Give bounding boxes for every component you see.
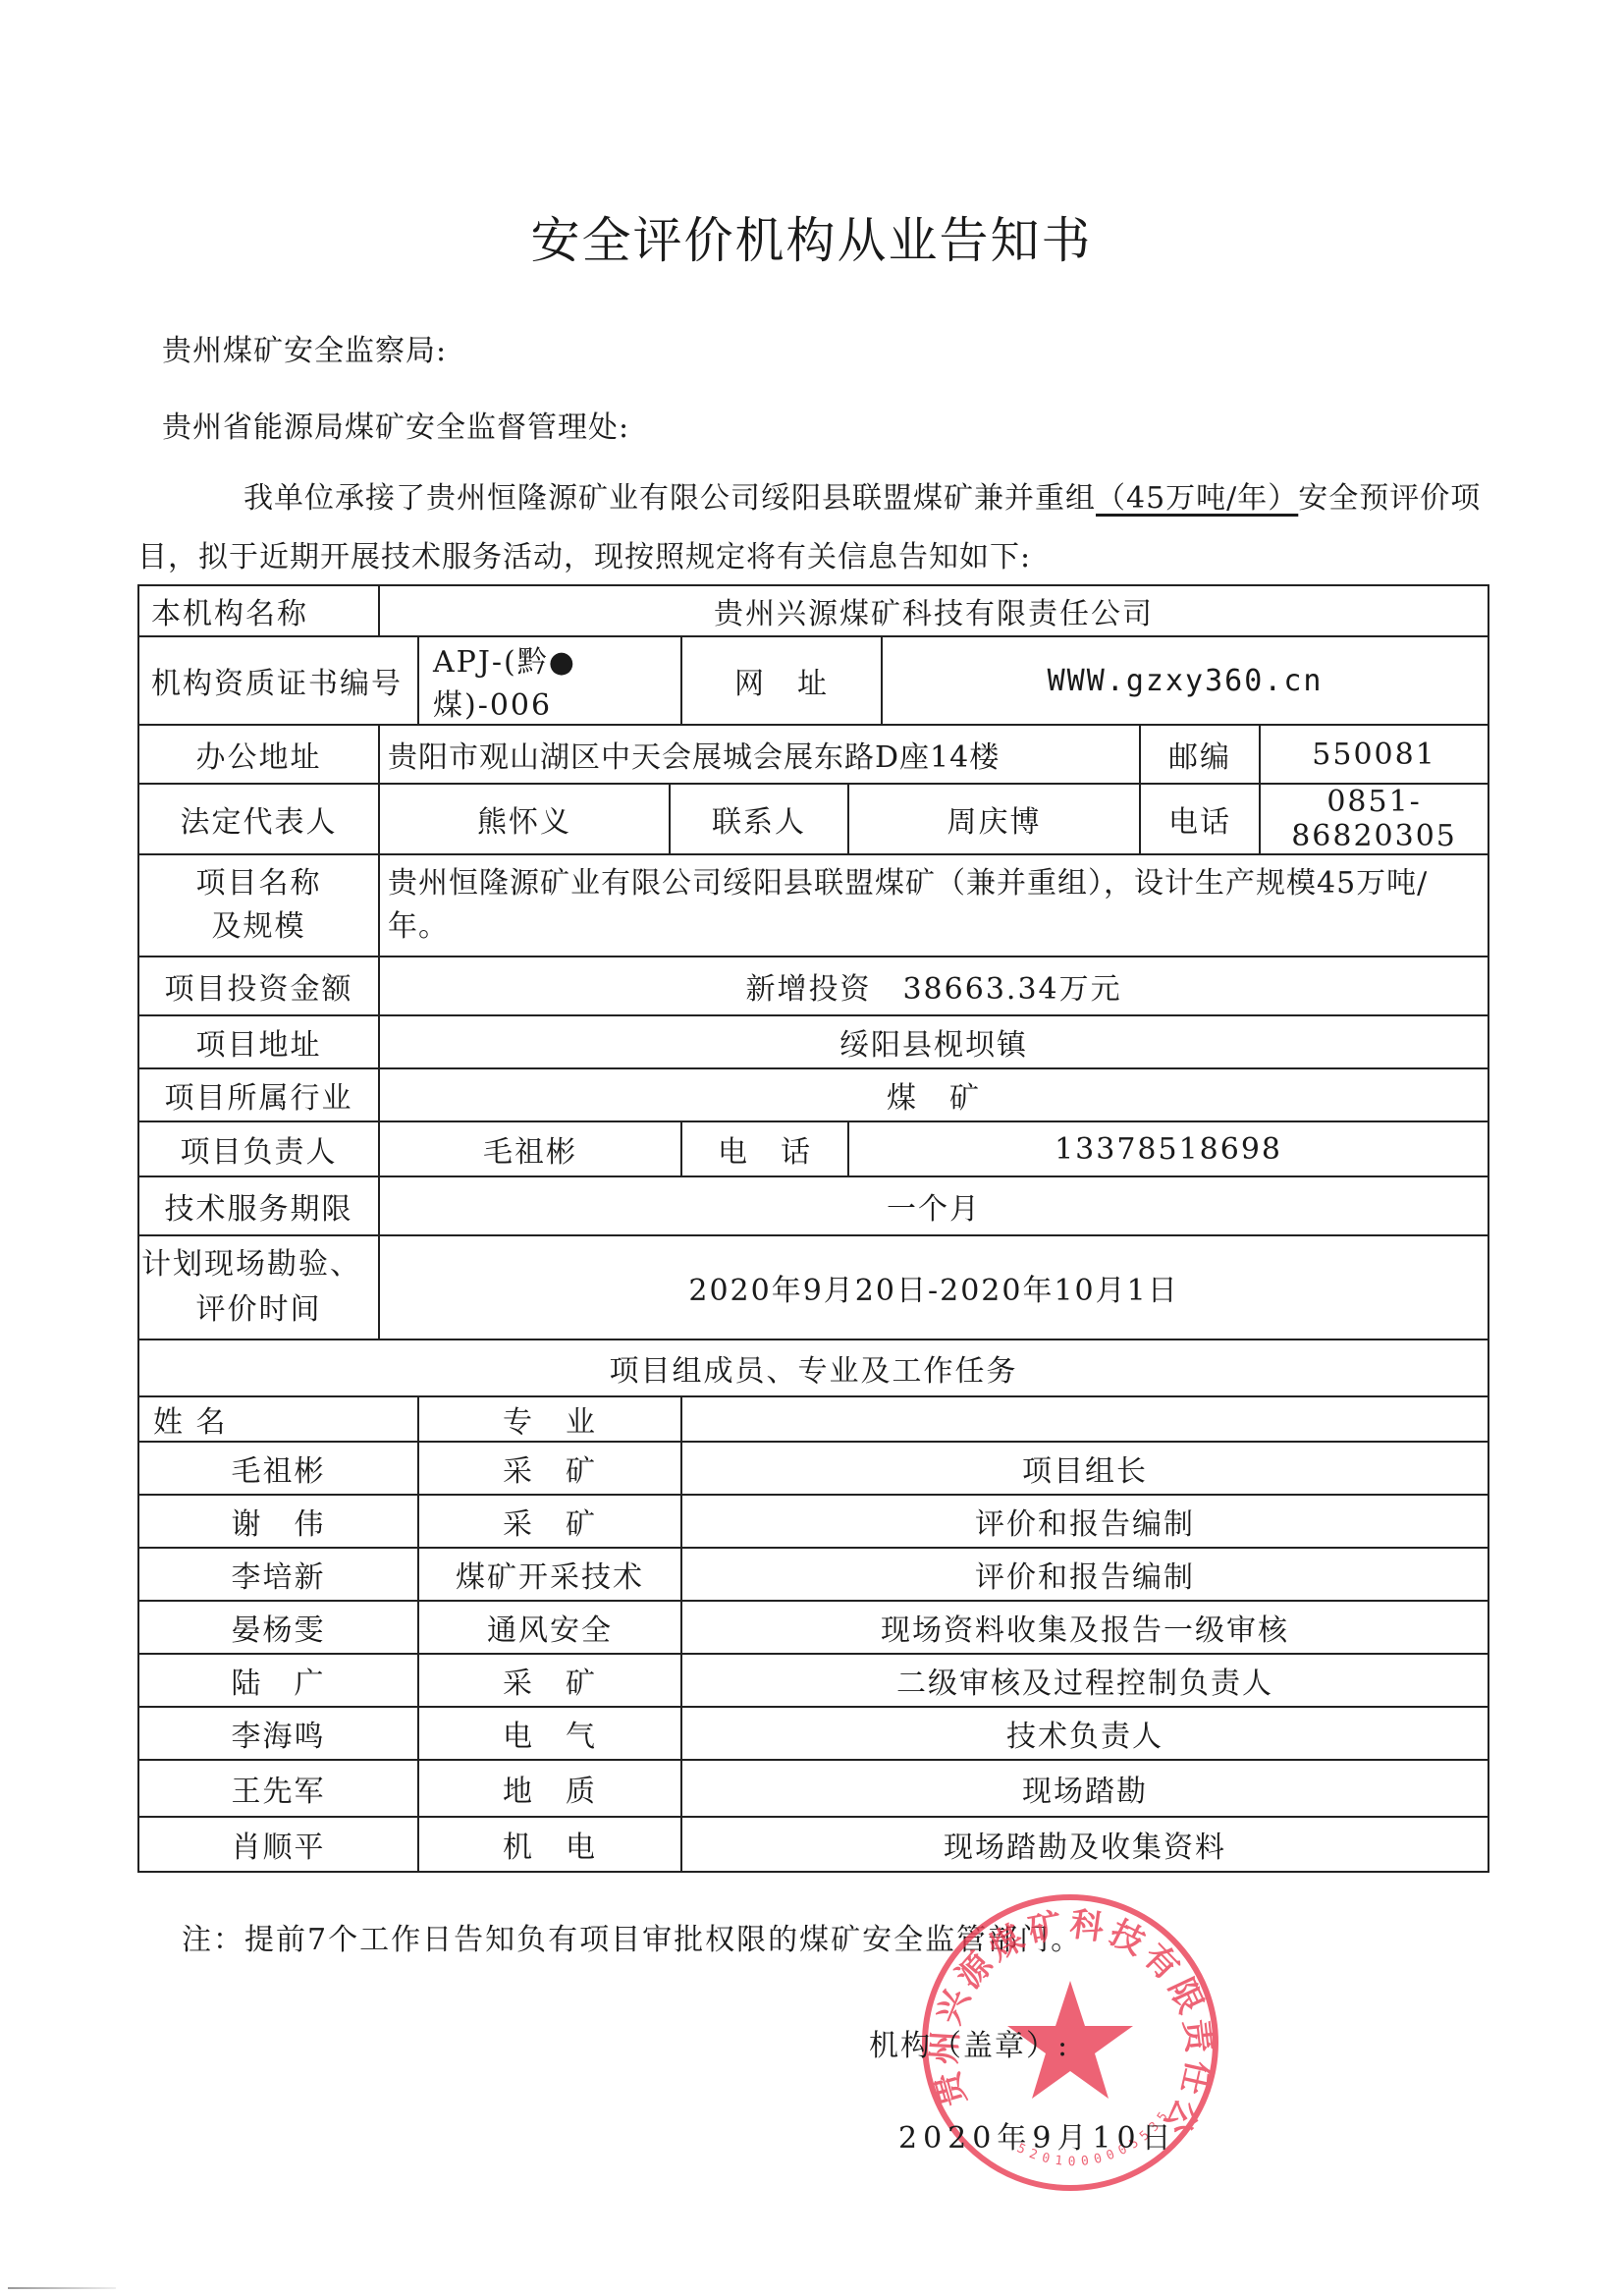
team-member-major: 通风安全: [418, 1601, 681, 1654]
team-row: 王先军 地 质 现场踏勘: [138, 1760, 1488, 1817]
cert-label: 机构资质证书编号: [138, 636, 418, 725]
team-member-name: 晏杨雯: [138, 1601, 418, 1654]
team-member-name: 李培新: [138, 1548, 418, 1601]
postcode-value: 550081: [1260, 725, 1488, 784]
team-row: 李海鸣 电 气 技术负责人: [138, 1707, 1488, 1760]
row-org-name: 本机构名称 贵州兴源煤矿科技有限责任公司: [138, 585, 1488, 636]
service-period-value: 一个月: [379, 1176, 1488, 1235]
row-manager: 项目负责人 毛祖彬 电 话 13378518698: [138, 1121, 1488, 1176]
team-member-name: 肖顺平: [138, 1817, 418, 1872]
team-row: 谢 伟 采 矿 评价和报告编制: [138, 1495, 1488, 1548]
team-member-task: 技术负责人: [681, 1707, 1488, 1760]
service-period-label: 技术服务期限: [138, 1176, 379, 1235]
team-member-task: 二级审核及过程控制负责人: [681, 1654, 1488, 1707]
info-table: 本机构名称 贵州兴源煤矿科技有限责任公司 机构资质证书编号 APJ-(黔●煤)-…: [137, 584, 1489, 1873]
intro-before: 我单位承接了贵州恒隆源矿业有限公司绥阳县联盟煤矿兼并重组: [243, 481, 1096, 516]
manager-phone-value: 13378518698: [848, 1121, 1488, 1176]
recipient-2: 贵州省能源局煤矿安全监督管理处:: [162, 403, 629, 446]
intro-capacity-underlined: （45万吨/年）: [1096, 481, 1298, 516]
address-value: 贵阳市观山湖区中天会展城会展东路D座14楼: [379, 725, 1140, 784]
team-member-task: 现场踏勘及收集资料: [681, 1817, 1488, 1872]
schedule-label-line2: 评价时间: [141, 1287, 376, 1333]
team-row: 陆 广 采 矿 二级审核及过程控制负责人: [138, 1654, 1488, 1707]
team-row: 毛祖彬 采 矿 项目组长: [138, 1442, 1488, 1495]
team-member-name: 毛祖彬: [138, 1442, 418, 1495]
row-cert: 机构资质证书编号 APJ-(黔●煤)-006 网 址 WWW.gzxy360.c…: [138, 636, 1488, 725]
intro-paragraph: 我单位承接了贵州恒隆源矿业有限公司绥阳县联盟煤矿兼并重组（45万吨/年）安全预评…: [137, 469, 1532, 587]
industry-label: 项目所属行业: [138, 1068, 379, 1121]
project-name-label-line2: 及规模: [147, 905, 370, 949]
scan-edge-mark: [8, 2287, 116, 2289]
schedule-label-line1: 计划现场勘验、: [141, 1242, 376, 1287]
signature-date: 2020年9月10日: [898, 2113, 1177, 2157]
row-industry: 项目所属行业 煤 矿: [138, 1068, 1488, 1121]
legal-rep-label: 法定代表人: [138, 784, 379, 854]
team-row: 李培新 煤矿开采技术 评价和报告编制: [138, 1548, 1488, 1601]
postcode-label: 邮编: [1140, 725, 1260, 784]
team-header-major: 专 业: [418, 1396, 681, 1442]
team-member-major: 采 矿: [418, 1654, 681, 1707]
team-row: 晏杨雯 通风安全 现场资料收集及报告一级审核: [138, 1601, 1488, 1654]
contact-label: 联系人: [670, 784, 848, 854]
team-header-row: 姓 名 专 业: [138, 1396, 1488, 1442]
manager-label: 项目负责人: [138, 1121, 379, 1176]
project-address-label: 项目地址: [138, 1015, 379, 1068]
org-name-value: 贵州兴源煤矿科技有限责任公司: [379, 585, 1488, 636]
team-member-major: 机 电: [418, 1817, 681, 1872]
row-address: 办公地址 贵阳市观山湖区中天会展城会展东路D座14楼 邮编 550081: [138, 725, 1488, 784]
website-label: 网 址: [681, 636, 882, 725]
team-member-major: 地 质: [418, 1760, 681, 1817]
team-member-major: 采 矿: [418, 1495, 681, 1548]
project-name-label-line1: 项目名称: [147, 862, 370, 905]
team-member-task: 评价和报告编制: [681, 1495, 1488, 1548]
team-member-task: 评价和报告编制: [681, 1548, 1488, 1601]
contact-value: 周庆博: [848, 784, 1140, 854]
team-section-title: 项目组成员、专业及工作任务: [138, 1339, 1488, 1396]
org-name-label: 本机构名称: [138, 585, 379, 636]
team-member-major: 煤矿开采技术: [418, 1548, 681, 1601]
website-value: WWW.gzxy360.cn: [882, 636, 1488, 725]
team-row: 肖顺平 机 电 现场踏勘及收集资料: [138, 1817, 1488, 1872]
investment-value: 新增投资 38663.34万元: [379, 957, 1488, 1015]
row-legal-rep: 法定代表人 熊怀义 联系人 周庆博 电话 0851-86820305: [138, 784, 1488, 854]
row-team-title: 项目组成员、专业及工作任务: [138, 1339, 1488, 1396]
address-label: 办公地址: [138, 725, 379, 784]
team-member-major: 电 气: [418, 1707, 681, 1760]
row-service-period: 技术服务期限 一个月: [138, 1176, 1488, 1235]
team-member-major: 采 矿: [418, 1442, 681, 1495]
row-project-address: 项目地址 绥阳县枧坝镇: [138, 1015, 1488, 1068]
project-name-value: 贵州恒隆源矿业有限公司绥阳县联盟煤矿（兼并重组），设计生产规模45万吨/年。: [379, 854, 1488, 957]
phone-label: 电话: [1140, 784, 1260, 854]
team-header-name: 姓 名: [138, 1396, 418, 1442]
schedule-value: 2020年9月20日-2020年10月1日: [379, 1235, 1488, 1339]
cert-value: APJ-(黔●煤)-006: [418, 636, 681, 725]
document-title: 安全评价机构从业告知书: [0, 201, 1623, 272]
row-project-name: 项目名称 及规模 贵州恒隆源矿业有限公司绥阳县联盟煤矿（兼并重组），设计生产规模…: [138, 854, 1488, 957]
team-member-task: 现场资料收集及报告一级审核: [681, 1601, 1488, 1654]
team-member-task: 项目组长: [681, 1442, 1488, 1495]
team-member-name: 李海鸣: [138, 1707, 418, 1760]
row-investment: 项目投资金额 新增投资 38663.34万元: [138, 957, 1488, 1015]
team-member-name: 谢 伟: [138, 1495, 418, 1548]
project-name-label: 项目名称 及规模: [138, 854, 379, 957]
phone-value: 0851-86820305: [1260, 784, 1488, 854]
recipient-1: 贵州煤矿安全监察局:: [162, 326, 447, 369]
team-member-name: 王先军: [138, 1760, 418, 1817]
manager-phone-label: 电 话: [681, 1121, 848, 1176]
row-schedule: 计划现场勘验、 评价时间 2020年9月20日-2020年10月1日: [138, 1235, 1488, 1339]
team-member-task: 现场踏勘: [681, 1760, 1488, 1817]
signature-label: 机构（盖章）:: [869, 2021, 1069, 2064]
schedule-label: 计划现场勘验、 评价时间: [138, 1235, 379, 1339]
team-member-name: 陆 广: [138, 1654, 418, 1707]
investment-label: 项目投资金额: [138, 957, 379, 1015]
industry-value: 煤 矿: [379, 1068, 1488, 1121]
project-address-value: 绥阳县枧坝镇: [379, 1015, 1488, 1068]
team-header-task: [681, 1396, 1488, 1442]
legal-rep-value: 熊怀义: [379, 784, 670, 854]
manager-value: 毛祖彬: [379, 1121, 681, 1176]
